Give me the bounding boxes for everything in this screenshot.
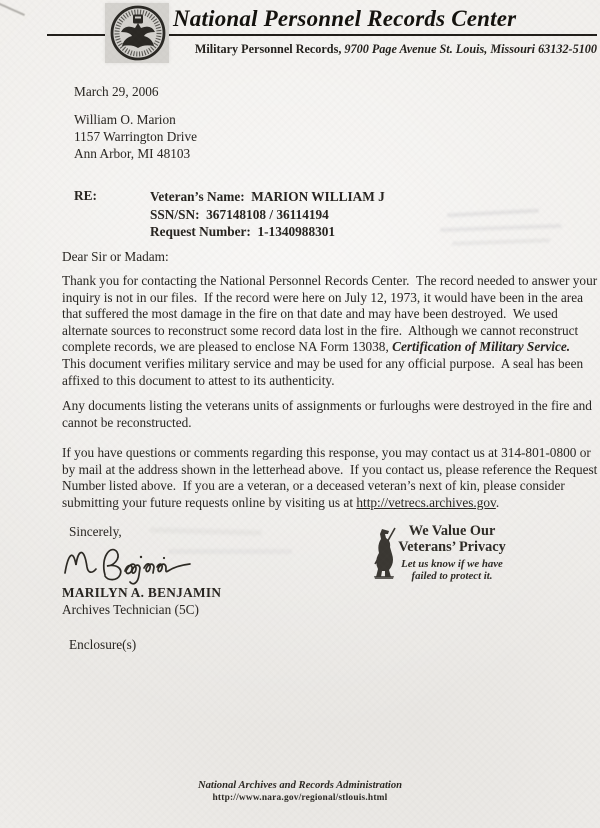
privacy-line: We Value Our	[394, 523, 510, 539]
scan-crease-artifact	[0, 2, 25, 16]
faint-stamp-artifact	[440, 224, 562, 232]
vetrecs-url-text: http://vetrecs.archives.gov	[356, 495, 495, 510]
re-request-number: Request Number: 1-1340988301	[150, 223, 385, 241]
paragraph-text: .	[496, 495, 499, 510]
body-paragraph-3: If you have questions or comments regard…	[62, 445, 599, 511]
scanned-letter-page: National Personnel Records Center Milita…	[0, 0, 600, 828]
nara-seal-icon	[105, 3, 169, 63]
recipient-address-block: William O. Marion 1157 Warrington Drive …	[74, 111, 197, 162]
re-details-block: Veteran’s Name: MARION WILLIAM J SSN/SN:…	[150, 188, 385, 241]
body-paragraph-2: Any documents listing the veterans units…	[62, 398, 599, 431]
faint-stamp-artifact	[447, 209, 539, 218]
footer-url-text: http://www.nara.gov/regional/stlouis.htm…	[0, 793, 600, 803]
re-label: RE:	[74, 188, 97, 205]
letterhead-subtitle: Military Personnel Records, 9700 Page Av…	[170, 42, 597, 57]
recipient-street: 1157 Warrington Drive	[74, 128, 197, 145]
privacy-notice: We Value Our Veterans’ Privacy Let us kn…	[394, 523, 510, 582]
paragraph-text: If you have questions or comments regard…	[62, 445, 600, 510]
salutation: Dear Sir or Madam:	[62, 249, 169, 266]
faint-stamp-artifact	[452, 238, 550, 245]
letterhead-dept: Military Personnel Records,	[195, 42, 345, 56]
letter-date: March 29, 2006	[74, 84, 159, 101]
body-paragraph-1: Thank you for contacting the National Pe…	[62, 273, 599, 389]
recipient-city: Ann Arbor, MI 48103	[74, 145, 197, 162]
enclosure-note: Enclosure(s)	[69, 637, 136, 654]
recipient-name: William O. Marion	[74, 111, 197, 128]
privacy-tagline: Let us know if we have	[394, 558, 510, 570]
footer-organization: National Archives and Records Administra…	[0, 780, 600, 791]
form-title-emphasis: Certification of Military Service.	[392, 339, 570, 354]
signature-image	[58, 537, 198, 587]
signer-name: MARILYN A. BENJAMIN	[62, 585, 221, 602]
privacy-tagline: failed to protect it.	[394, 570, 510, 582]
letterhead-address: 9700 Page Avenue St. Louis, Missouri 631…	[344, 42, 597, 56]
privacy-line: Veterans’ Privacy	[394, 539, 510, 555]
re-veteran-name: Veteran’s Name: MARION WILLIAM J	[150, 188, 385, 206]
letterhead-title: National Personnel Records Center	[173, 6, 516, 32]
re-ssn: SSN/SN: 367148108 / 36114194	[150, 206, 385, 224]
ink-bleed-artifact	[150, 528, 262, 536]
signer-title: Archives Technician (5C)	[62, 602, 199, 619]
